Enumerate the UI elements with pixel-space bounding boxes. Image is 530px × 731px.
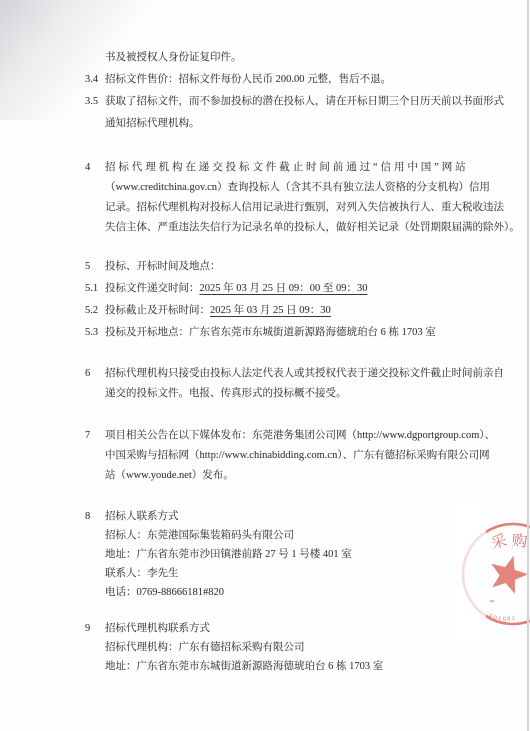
clause-7-line-1: 7 项目相关公告在以下媒体发布：东莞港务集团公司网（http://www.dgp… — [0, 426, 530, 446]
clause-number: 5.2 — [85, 300, 105, 322]
clause-7-line-3: 站（www.youde.net）发布。 — [0, 466, 530, 486]
clause-text: 地址：广东省东莞市东城街道新源路海德琥珀台 6 栋 1703 室 — [105, 657, 383, 676]
clause-4-line-3: 记录。招标代理机构对投标人信用记录进行甄别，对列入失信被执行人、重大税收违法 — [0, 198, 530, 218]
clause-text: 投标及开标地点：广东省东莞市东城街道新源路海德琥珀台 6 栋 1703 室 — [105, 322, 436, 344]
section-5: 5 投标、开标时间及地点： 5.1 投标文件递交时间：2025 年 03 月 2… — [0, 256, 530, 344]
clause-text: 投标文件递交时间：2025 年 03 月 25 日 09：00 至 09：30 — [105, 278, 368, 300]
clause-label: 投标文件递交时间： — [105, 283, 200, 294]
clause-5-1: 5.1 投标文件递交时间：2025 年 03 月 25 日 09：00 至 09… — [0, 278, 530, 300]
section-9-agency-contact: 9 招标代理机构联系方式 招标代理机构：广东有德招标采购有限公司 地址：广东省东… — [0, 619, 530, 676]
clause-number: 5 — [85, 256, 105, 278]
clause-5-3: 5.3 投标及开标地点：广东省东莞市东城街道新源路海德琥珀台 6 栋 1703 … — [0, 322, 530, 344]
clause-text: 招标人联系方式 — [105, 507, 179, 526]
clause-text: 项目相关公告在以下媒体发布：东莞港务集团公司网（http://www.dgpor… — [105, 426, 495, 446]
clause-number: 3.4 — [85, 69, 105, 91]
clause-6-line-1: 6 招标代理机构只接受由投标人法定代表人或其授权代表于递交投标文件截止时间前亲自 — [0, 364, 530, 384]
section-6: 6 招标代理机构只接受由投标人法定代表人或其授权代表于递交投标文件截止时间前亲自… — [0, 364, 530, 404]
clause-text: 获取了招标文件，而不参加投标的潜在投标人，请在开标日期三个日历天前以书面形式 — [105, 91, 504, 113]
clause-3-5: 3.5 获取了招标文件，而不参加投标的潜在投标人，请在开标日期三个日历天前以书面… — [0, 91, 530, 113]
clause-text: 投标截止及开标时间：2025 年 03 月 25 日 09：30 — [105, 300, 331, 322]
tenderer-contact-person-line: 联系人：李先生 — [0, 564, 530, 583]
clause-number: 6 — [85, 364, 105, 384]
clause-6-line-2: 递交的投标文件。电报、传真形式的投标概不接受。 — [0, 384, 530, 404]
clause-label: 投标截止及开标时间： — [105, 305, 210, 316]
clause-number: 3.5 — [85, 91, 105, 113]
clause-number: 9 — [85, 619, 105, 638]
clause-4-line-2: （www.creditchina.gov.cn）查询投标人（含其不具有独立法人资… — [0, 178, 530, 198]
clause-text: 中国采购与招标网（http://www.chinabidding.com.cn）… — [105, 446, 490, 466]
tenderer-name-line: 招标人：东莞港国际集装箱码头有限公司 — [0, 526, 530, 545]
clause-text: 招标代理机构只接受由投标人法定代表人或其授权代表于递交投标文件截止时间前亲自 — [105, 364, 504, 384]
agency-address-line: 地址：广东省东莞市东城街道新源路海德琥珀台 6 栋 1703 室 — [0, 657, 530, 676]
clause-text: 地址：广东省东莞市沙田镇港前路 27 号 1 号楼 401 室 — [105, 545, 352, 564]
section-4: 4 招标代理机构在递交投标文件截止时间前通过“信用中国”网站 （www.cred… — [0, 158, 530, 238]
document-page: 书及被授权人身份证复印件。 3.4 招标文件售价：招标文件每份人民币 200.0… — [0, 0, 530, 731]
clause-3-3-continuation: 书及被授权人身份证复印件。 — [0, 47, 530, 69]
clause-text: 电话：0769-88666181#820 — [105, 583, 224, 602]
clause-text: 通知招标代理机构。 — [105, 113, 200, 135]
clause-text: 招标人：东莞港国际集装箱码头有限公司 — [105, 526, 294, 545]
clause-text: （www.creditchina.gov.cn）查询投标人（含其不具有独立法人资… — [105, 178, 490, 198]
deadline-time-value: 2025 年 03 月 25 日 09：30 — [210, 305, 331, 316]
clause-8-heading: 8 招标人联系方式 — [0, 507, 530, 526]
document-content: 书及被授权人身份证复印件。 3.4 招标文件售价：招标文件每份人民币 200.0… — [0, 0, 530, 676]
clause-text: 书及被授权人身份证复印件。 — [105, 47, 242, 69]
tenderer-phone-line: 电话：0769-88666181#820 — [0, 583, 530, 602]
tenderer-address-line: 地址：广东省东莞市沙田镇港前路 27 号 1 号楼 401 室 — [0, 545, 530, 564]
clause-4-line-1: 4 招标代理机构在递交投标文件截止时间前通过“信用中国”网站 — [0, 158, 530, 178]
clause-number: 5.1 — [85, 278, 105, 300]
clause-4-line-4: 失信主体、严重违法失信行为记录名单的投标人，做好相关记录（处罚期限届满的除外）。 — [0, 218, 530, 238]
section-7: 7 项目相关公告在以下媒体发布：东莞港务集团公司网（http://www.dgp… — [0, 426, 530, 486]
page-edge-line — [527, 0, 529, 731]
clause-number: 4 — [85, 158, 105, 178]
clause-5-heading: 5 投标、开标时间及地点： — [0, 256, 530, 278]
clause-3-5-continuation: 通知招标代理机构。 — [0, 113, 530, 135]
clause-5-2: 5.2 投标截止及开标时间：2025 年 03 月 25 日 09：30 — [0, 300, 530, 322]
clause-text: 招标代理机构联系方式 — [105, 619, 210, 638]
clause-text: 招标代理机构：广东有德招标采购有限公司 — [105, 638, 305, 657]
clause-text: 站（www.youde.net）发布。 — [105, 466, 234, 486]
clause-text: 记录。招标代理机构对投标人信用记录进行甄别，对列入失信被执行人、重大税收违法 — [105, 198, 504, 218]
clause-text: 失信主体、严重违法失信行为记录名单的投标人，做好相关记录（处罚期限届满的除外）。 — [105, 218, 520, 238]
clause-3-4: 3.4 招标文件售价：招标文件每份人民币 200.00 元整，售后不退。 — [0, 69, 530, 91]
clause-text: 递交的投标文件。电报、传真形式的投标概不接受。 — [105, 384, 347, 404]
clause-text: 联系人：李先生 — [105, 564, 179, 583]
submission-time-value: 2025 年 03 月 25 日 09：00 至 09：30 — [200, 283, 368, 294]
clause-text: 招标代理机构在递交投标文件截止时间前通过“信用中国”网站 — [105, 158, 469, 178]
clause-text: 投标、开标时间及地点： — [105, 256, 221, 278]
clause-9-heading: 9 招标代理机构联系方式 — [0, 619, 530, 638]
clause-number: 8 — [85, 507, 105, 526]
section-3: 书及被授权人身份证复印件。 3.4 招标文件售价：招标文件每份人民币 200.0… — [0, 47, 530, 135]
clause-7-line-2: 中国采购与招标网（http://www.chinabidding.com.cn）… — [0, 446, 530, 466]
clause-number: 7 — [85, 426, 105, 446]
section-8-tenderer-contact: 8 招标人联系方式 招标人：东莞港国际集装箱码头有限公司 地址：广东省东莞市沙田… — [0, 507, 530, 602]
clause-text: 招标文件售价：招标文件每份人民币 200.00 元整，售后不退。 — [105, 69, 391, 91]
clause-number: 5.3 — [85, 322, 105, 344]
agency-name-line: 招标代理机构：广东有德招标采购有限公司 — [0, 638, 530, 657]
